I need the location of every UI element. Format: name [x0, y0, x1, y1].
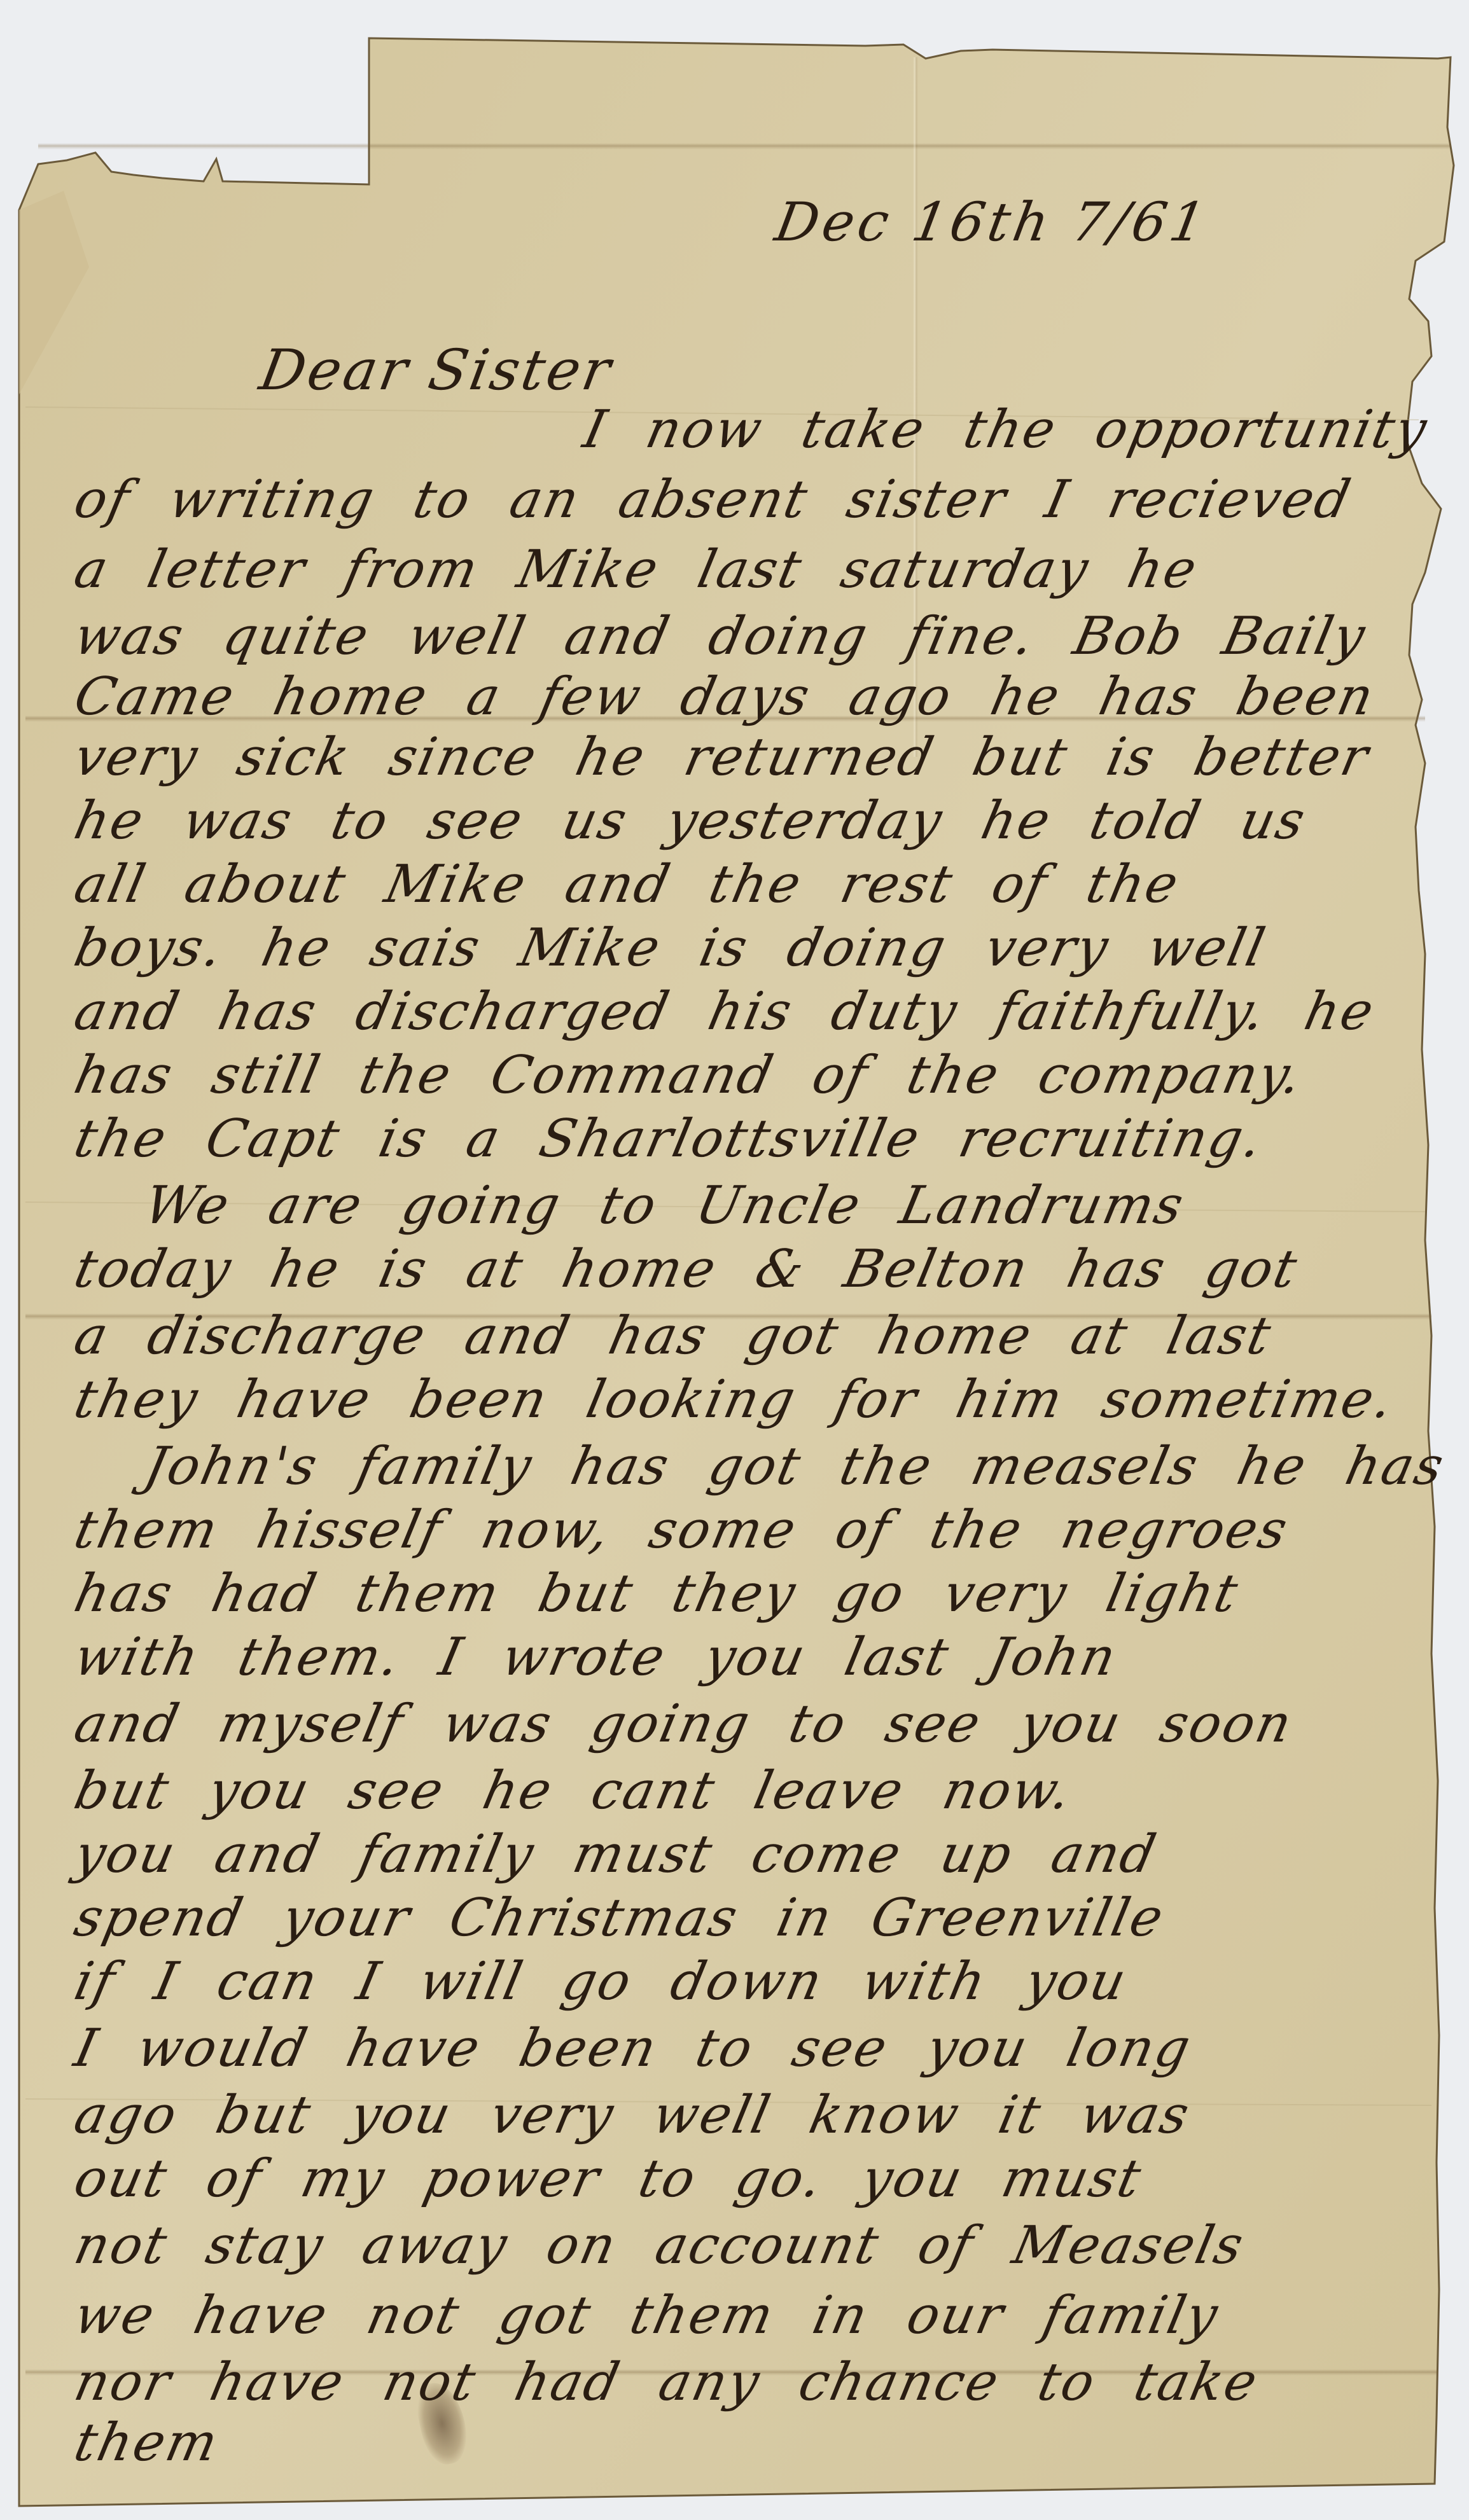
letter-line: with them. I wrote you last John	[70, 1631, 1404, 1684]
letter-line: not stay away on account of Measels	[70, 2220, 1404, 2272]
letter-line: all about Mike and the rest of the	[70, 859, 1404, 911]
letter-line: I would have been to see you long	[70, 2023, 1404, 2075]
letter-line: we have not got them in our family	[70, 2290, 1404, 2342]
letter-line: I now take the opportunity	[579, 404, 1469, 456]
letter-line: of writing to an absent sister I recieve…	[70, 474, 1404, 526]
letter-line: Came home a few days ago he has been	[70, 671, 1404, 723]
letter-line: you and family must come up and	[70, 1829, 1404, 1881]
letter-line: has had them but they go very light	[70, 1568, 1404, 1620]
letter-line: them hisself now, some of the negroes	[70, 1504, 1404, 1556]
letter-line: has still the Command of the company.	[70, 1049, 1404, 1102]
letter-line: ago but you very well know it was	[70, 2089, 1404, 2142]
letter-line: John's family has got the measels he has	[140, 1441, 1469, 1493]
letter-salutation: Dear Sister	[255, 337, 618, 403]
letter-line: out of my power to go. you must	[70, 2153, 1404, 2205]
letter-date: Dec 16th 7/61	[770, 191, 1213, 253]
letter-line: a letter from Mike last saturday he	[70, 544, 1404, 596]
letter-line: boys. he sais Mike is doing very well	[70, 922, 1404, 974]
letter-line: the Capt is a Sharlottsville recruiting.	[70, 1113, 1404, 1165]
letter-line: he was to see us yesterday he told us	[70, 795, 1404, 847]
letter-line: but you see he cant leave now.	[70, 1765, 1404, 1817]
letter-line: and myself was going to see you soon	[70, 1698, 1404, 1750]
letter-line: and has discharged his duty faithfully. …	[70, 986, 1404, 1038]
letter-line: a discharge and has got home at last	[70, 1310, 1404, 1362]
letter-line: them	[70, 2417, 1404, 2469]
letter-line: spend your Christmas in Greenville	[70, 1892, 1404, 1944]
letter-line: they have been looking for him sometime.	[70, 1374, 1404, 1426]
letter-body: Dec 16th 7/61 Dear Sister I now take the…	[70, 0, 1406, 2520]
letter-line: if I can I will go down with you	[70, 1956, 1404, 2008]
letter-line: We are going to Uncle Landrums	[140, 1180, 1469, 1232]
letter-line: was quite well and doing fine. Bob Baily	[70, 611, 1404, 663]
letter-line: nor have not had any chance to take	[70, 2357, 1404, 2409]
letter-line: very sick since he returned but is bette…	[70, 731, 1404, 784]
letter-line: today he is at home & Belton has got	[70, 1243, 1404, 1296]
